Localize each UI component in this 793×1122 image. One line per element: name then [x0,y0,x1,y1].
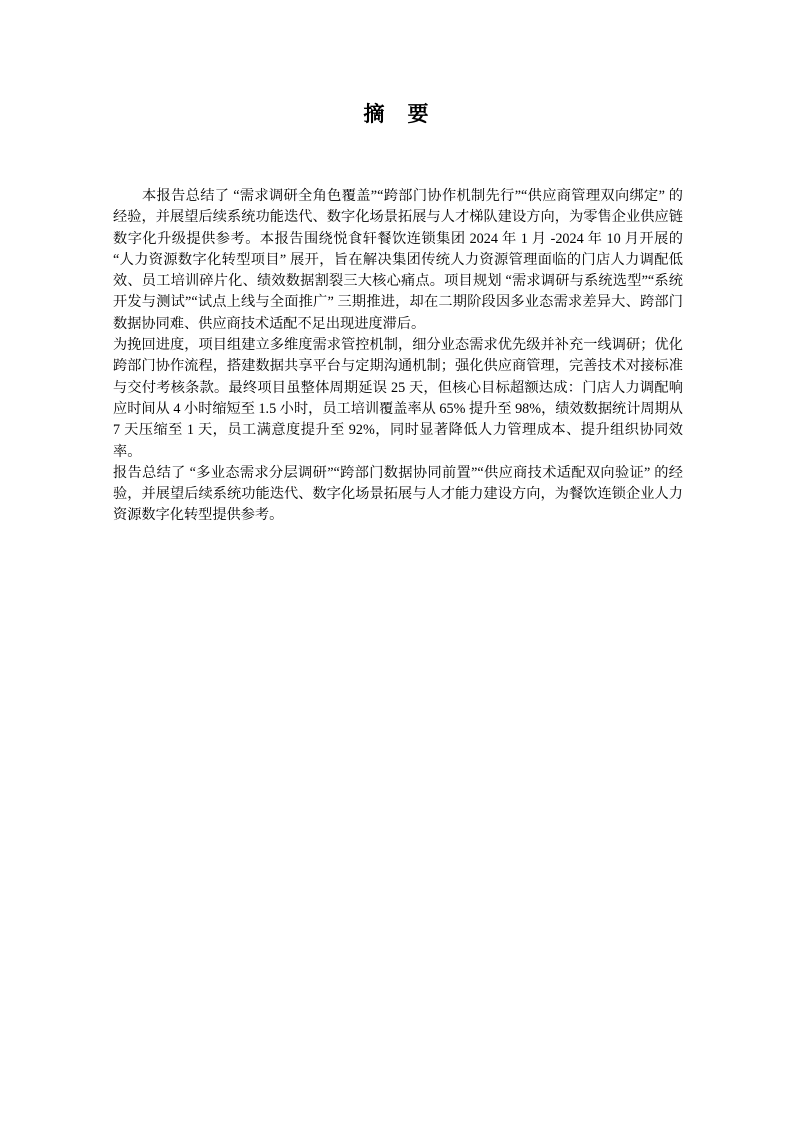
abstract-paragraph-2: 为挽回进度，项目组建立多维度需求管控机制，细分业态需求优先级并补充一线调研；优化… [113,335,683,463]
abstract-paragraph-1: 本报告总结了 “需求调研全角色覆盖”“跨部门协作机制先行”“供应商管理双向绑定”… [113,186,683,335]
abstract-title: 摘 要 [0,101,793,128]
abstract-paragraph-3: 报告总结了 “多业态需求分层调研”“跨部门数据协同前置”“供应商技术适配双向验证… [113,463,683,527]
document-page: 摘 要 本报告总结了 “需求调研全角色覆盖”“跨部门协作机制先行”“供应商管理双… [0,0,793,1122]
abstract-body: 本报告总结了 “需求调研全角色覆盖”“跨部门协作机制先行”“供应商管理双向绑定”… [113,186,683,527]
